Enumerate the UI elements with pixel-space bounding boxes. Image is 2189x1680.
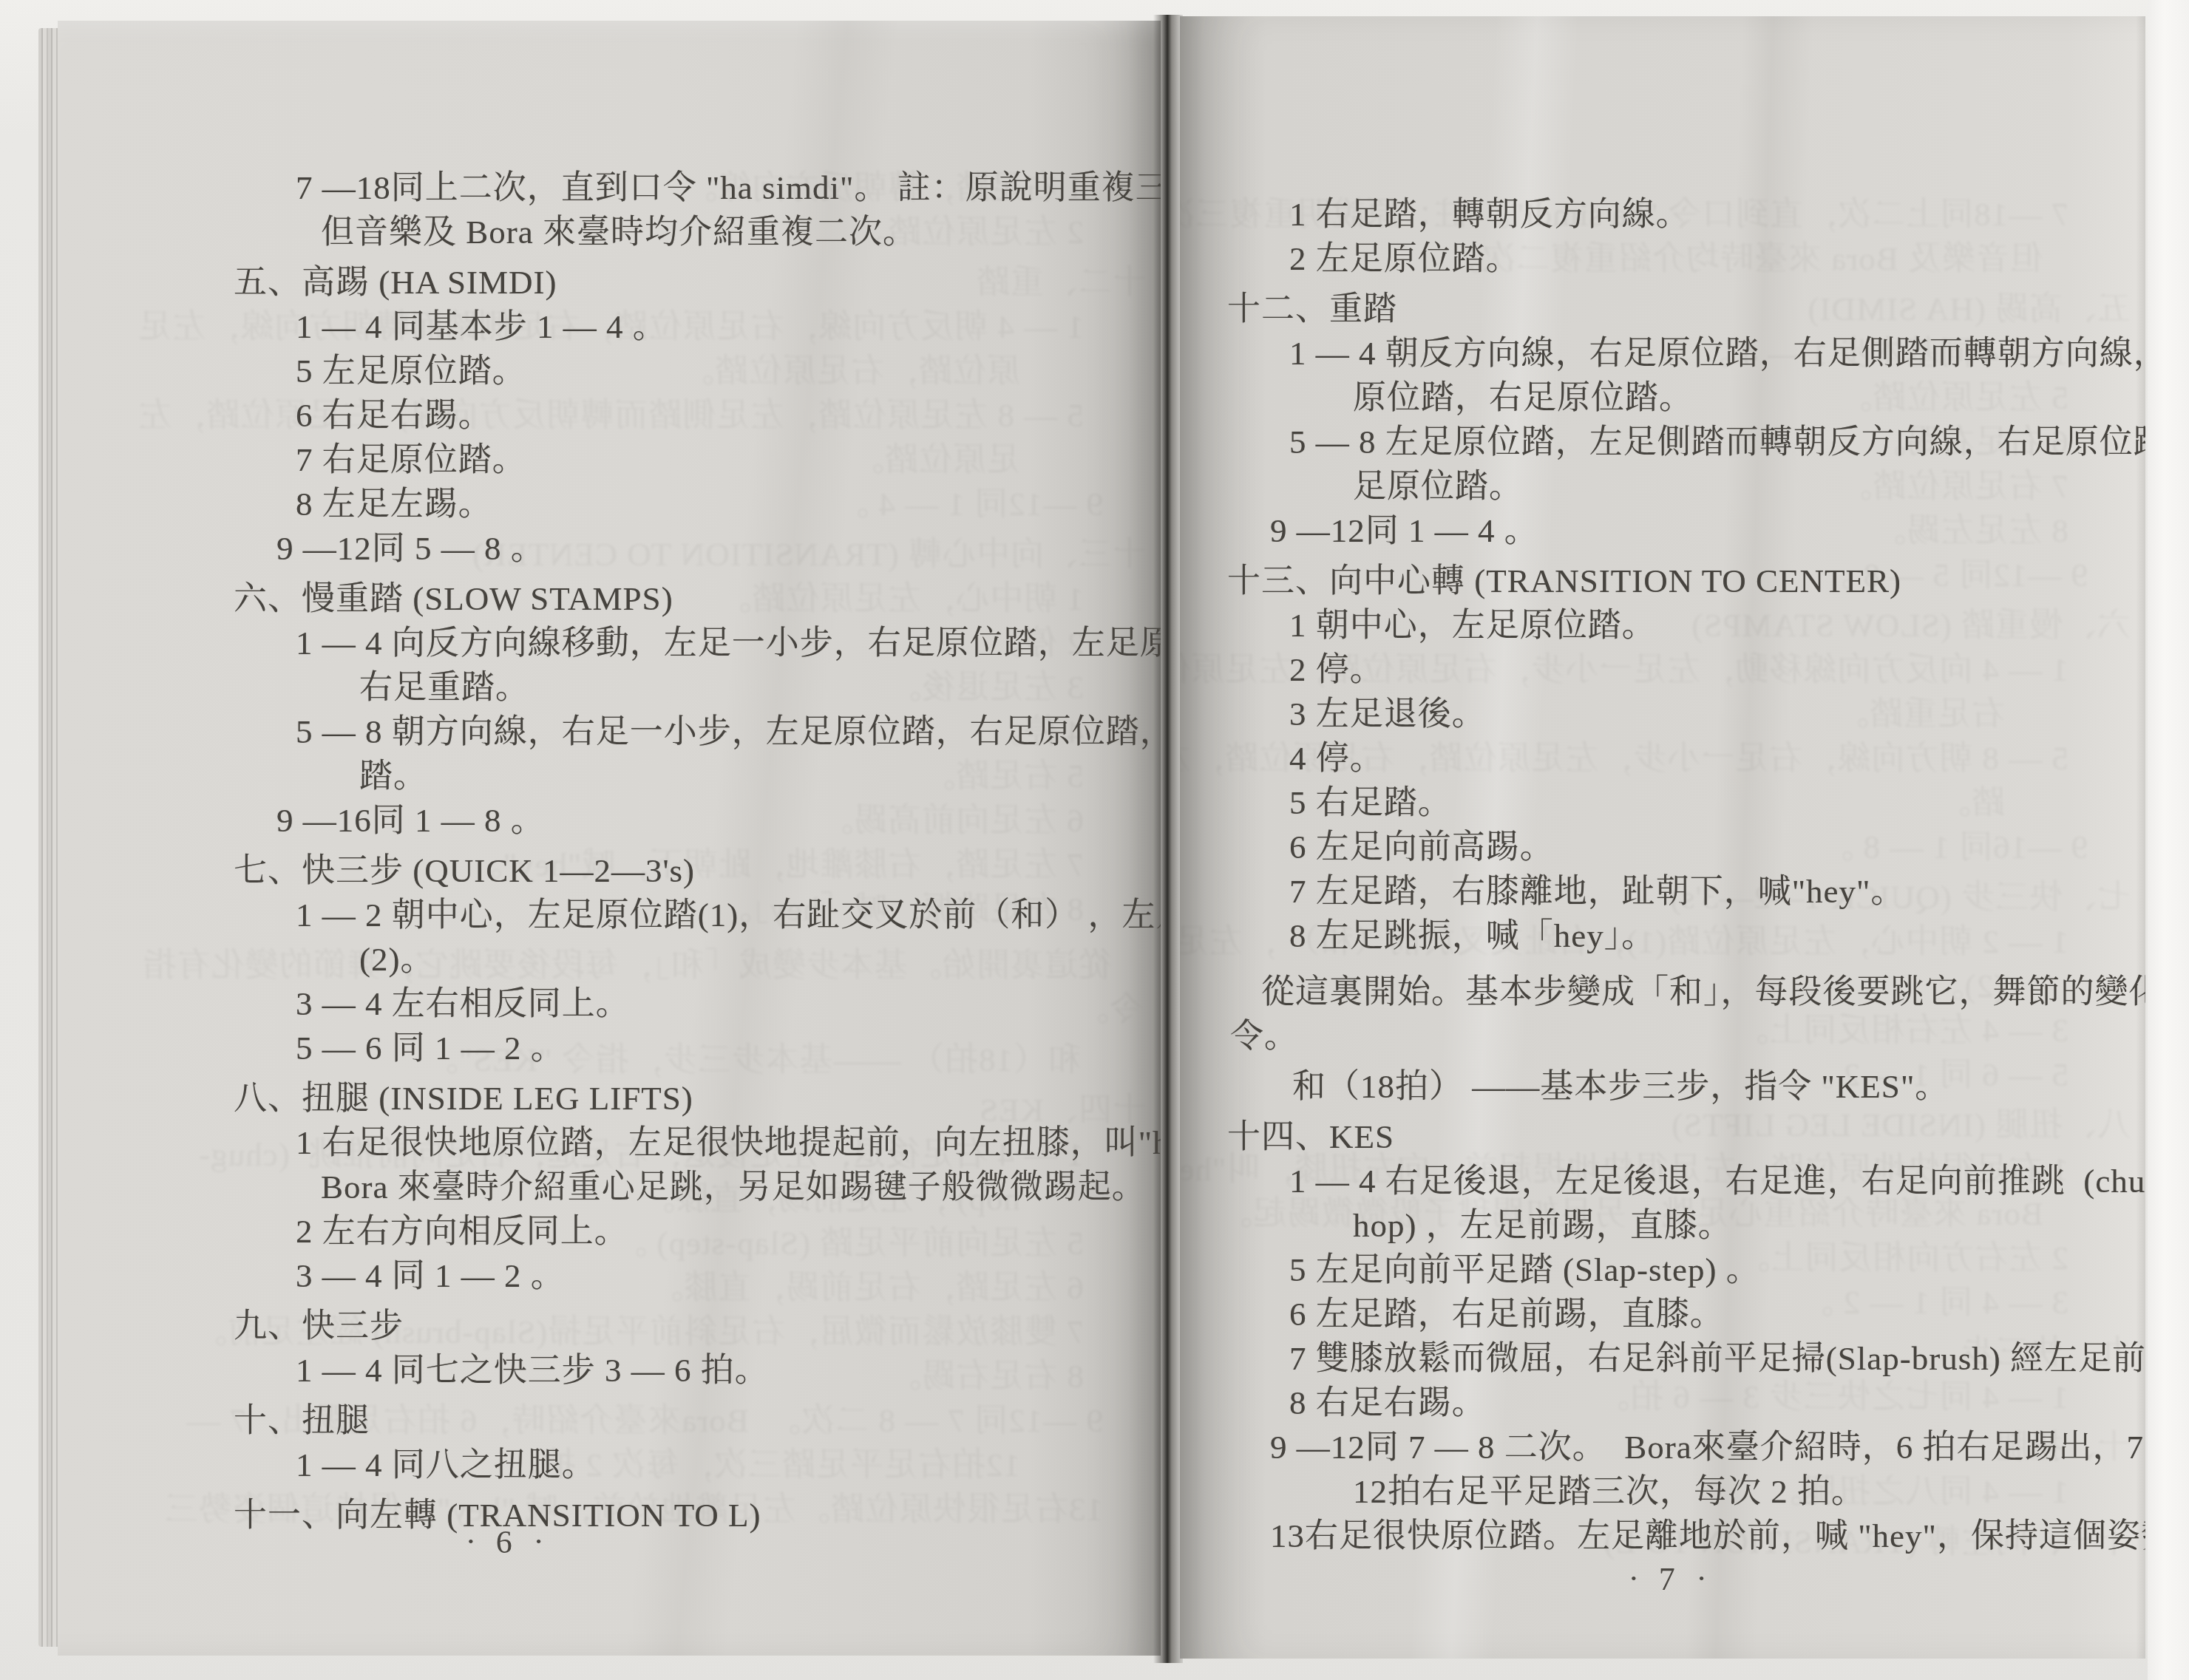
text-line: 7 左足踏，右膝離地，趾朝下，喊"hey"。 xyxy=(1289,869,2131,914)
page-number-dot: • xyxy=(468,1532,474,1551)
text-line: 足原位踏。 xyxy=(1353,464,2131,509)
text-line: 五、高踢 (HA SIMDI) xyxy=(234,260,1146,305)
text-line: 但音樂及 Bora 來臺時均介紹重複二次。 xyxy=(321,210,1146,254)
text-line: 9 —12同 5 — 8 。 xyxy=(276,526,1146,571)
text-line: 5 左足原位踏。 xyxy=(296,349,1146,393)
text-line: 十一、向左轉 (TRANSITION TO L) xyxy=(234,1493,1146,1537)
text-line: 7 右足原位踏。 xyxy=(296,438,1146,482)
right-page-number: •7• xyxy=(1631,1560,1704,1598)
scanner-edge xyxy=(2148,0,2189,1680)
text-line: 13右足很快原位踏。左足離地於前，喊 "hey"，保持這個姿勢三 xyxy=(1270,1514,2131,1558)
text-line: 7 雙膝放鬆而微屈，右足斜前平足掃(Slap-brush) 經左足前。 xyxy=(1289,1336,2131,1381)
text-line: 1 — 2 朝中心，左足原位踏(1)，右趾交叉於前（和） ，左足原位踏 xyxy=(296,893,1146,937)
page-number: 6 xyxy=(474,1524,536,1560)
text-line: 9 —12同 1 — 4 。 xyxy=(1270,509,2131,553)
left-page: 1 右足踏，轉朝反方向線。2 左足原位踏。十二、重踏1 — 4 朝反方向線，右足… xyxy=(58,21,1161,1656)
text-line: 令。 xyxy=(1230,1014,2131,1058)
text-line: 8 右足右踢。 xyxy=(1289,1381,2131,1425)
text-line: 1 右足踏，轉朝反方向線。 xyxy=(1289,192,2131,237)
text-line: (2)。 xyxy=(359,937,1146,982)
text-line: Bora 來臺時介紹重心足跳，另足如踢毽子般微微踢起。 xyxy=(321,1165,1146,1209)
left-page-number: •6• xyxy=(468,1523,541,1561)
right-page-text: 1 右足踏，轉朝反方向線。2 左足原位踏。十二、重踏1 — 4 朝反方向線，右足… xyxy=(1180,16,2145,1558)
page-number-dot: • xyxy=(1631,1569,1637,1588)
right-page: 7 —18同上二次，直到口令 "ha simdi"。 註：原說明重複三次，但音樂… xyxy=(1180,16,2145,1659)
page-stack-edge xyxy=(38,28,58,1647)
left-page-text: 7 —18同上二次，直到口令 "ha simdi"。 註：原說明重複三次，但音樂… xyxy=(58,21,1161,1537)
text-line: 5 右足踏。 xyxy=(1289,781,2131,825)
text-line: 六、慢重踏 (SLOW STAMPS) xyxy=(234,577,1146,621)
text-line: 十、扭腿 xyxy=(234,1398,1146,1443)
text-line: 12拍右足平足踏三次，每次 2 拍。 xyxy=(1353,1469,2131,1514)
text-line: 8 左足跳振，喊「hey」。 xyxy=(1289,914,2131,958)
text-line: 從這裏開始。基本步變成「和」，每段後要跳它，舞節的變化有指 xyxy=(1261,970,2131,1014)
text-line: 九、快三步 xyxy=(234,1304,1146,1348)
text-line: 5 左足向前平足踏 (Slap-step) 。 xyxy=(1289,1248,2131,1292)
text-line: 5 — 8 左足原位踏，左足側踏而轉朝反方向線，右足原位踏，左 xyxy=(1289,420,2131,464)
text-line: 1 朝中心，左足原位踏。 xyxy=(1289,603,2131,647)
text-line: 8 左足左踢。 xyxy=(296,482,1146,526)
text-line: 1 — 4 朝反方向線，右足原位踏，右足側踏而轉朝方向線，左足 xyxy=(1289,331,2131,375)
text-line: 和（18拍） ——基本步三步，指令 "KES"。 xyxy=(1292,1064,2131,1109)
text-line: 4 停。 xyxy=(1289,736,2131,781)
text-line: 5 — 6 同 1 — 2 。 xyxy=(296,1026,1146,1070)
text-line: 十三、向中心轉 (TRANSITION TO CENTER) xyxy=(1227,559,2131,603)
book-scan: 1 右足踏，轉朝反方向線。2 左足原位踏。十二、重踏1 — 4 朝反方向線，右足… xyxy=(0,0,2189,1680)
text-line: 5 — 8 朝方向線，右足一小步，左足原位踏，右足原位踏，左足重 xyxy=(296,710,1146,754)
text-line: 1 — 4 向反方向線移動，左足一小步，右足原位踏，左足原位踏， xyxy=(296,621,1146,665)
page-number-dot: • xyxy=(536,1532,542,1551)
text-line: 1 — 4 同八之扭腿。 xyxy=(296,1443,1146,1487)
text-line: 2 左足原位踏。 xyxy=(1289,237,2131,281)
text-line: 6 左足踏，右足前踢，直膝。 xyxy=(1289,1292,2131,1336)
text-line: 3 左足退後。 xyxy=(1289,692,2131,736)
text-line: 9 —16同 1 — 8 。 xyxy=(276,798,1146,843)
text-line: 右足重踏。 xyxy=(359,665,1146,710)
text-line: 八、扭腿 (INSIDE LEG LIFTS) xyxy=(234,1076,1146,1120)
text-line: 1 右足很快地原位踏，左足很快地提起前，向左扭膝，叫"hey"。 xyxy=(296,1120,1146,1165)
page-number: 7 xyxy=(1637,1561,1699,1597)
text-line: 1 — 4 同基本步 1 — 4 。 xyxy=(296,305,1146,349)
text-line: 1 — 4 同七之快三步 3 — 6 拍。 xyxy=(296,1348,1146,1392)
text-line: 七、快三步 (QUICK 1—2—3's) xyxy=(234,848,1146,893)
text-line: 踏。 xyxy=(359,754,1146,798)
text-line: 6 左足向前高踢。 xyxy=(1289,825,2131,869)
text-line: 7 —18同上二次，直到口令 "ha simdi"。 註：原說明重複三次， xyxy=(296,166,1146,210)
page-number-dot: • xyxy=(1699,1569,1705,1588)
text-line: 2 停。 xyxy=(1289,647,2131,692)
text-line: 6 右足右踢。 xyxy=(296,393,1146,438)
text-line: 1 — 4 右足後退，左足後退，右足進，右足向前推跳 (chug- xyxy=(1289,1159,2131,1203)
text-line: 十二、重踏 xyxy=(1227,287,2131,331)
text-line: 3 — 4 左右相反同上。 xyxy=(296,982,1146,1026)
text-line: 十四、KES xyxy=(1227,1115,2131,1159)
text-line: 原位踏，右足原位踏。 xyxy=(1353,375,2131,420)
text-line: 2 左右方向相反同上。 xyxy=(296,1209,1146,1254)
text-line: 3 — 4 同 1 — 2 。 xyxy=(296,1254,1146,1298)
text-line: 9 —12同 7 — 8 二次。 Bora來臺介紹時，6 拍右足踢出，7 — xyxy=(1270,1425,2131,1469)
text-line: hop) ，左足前踢，直膝。 xyxy=(1353,1203,2131,1248)
